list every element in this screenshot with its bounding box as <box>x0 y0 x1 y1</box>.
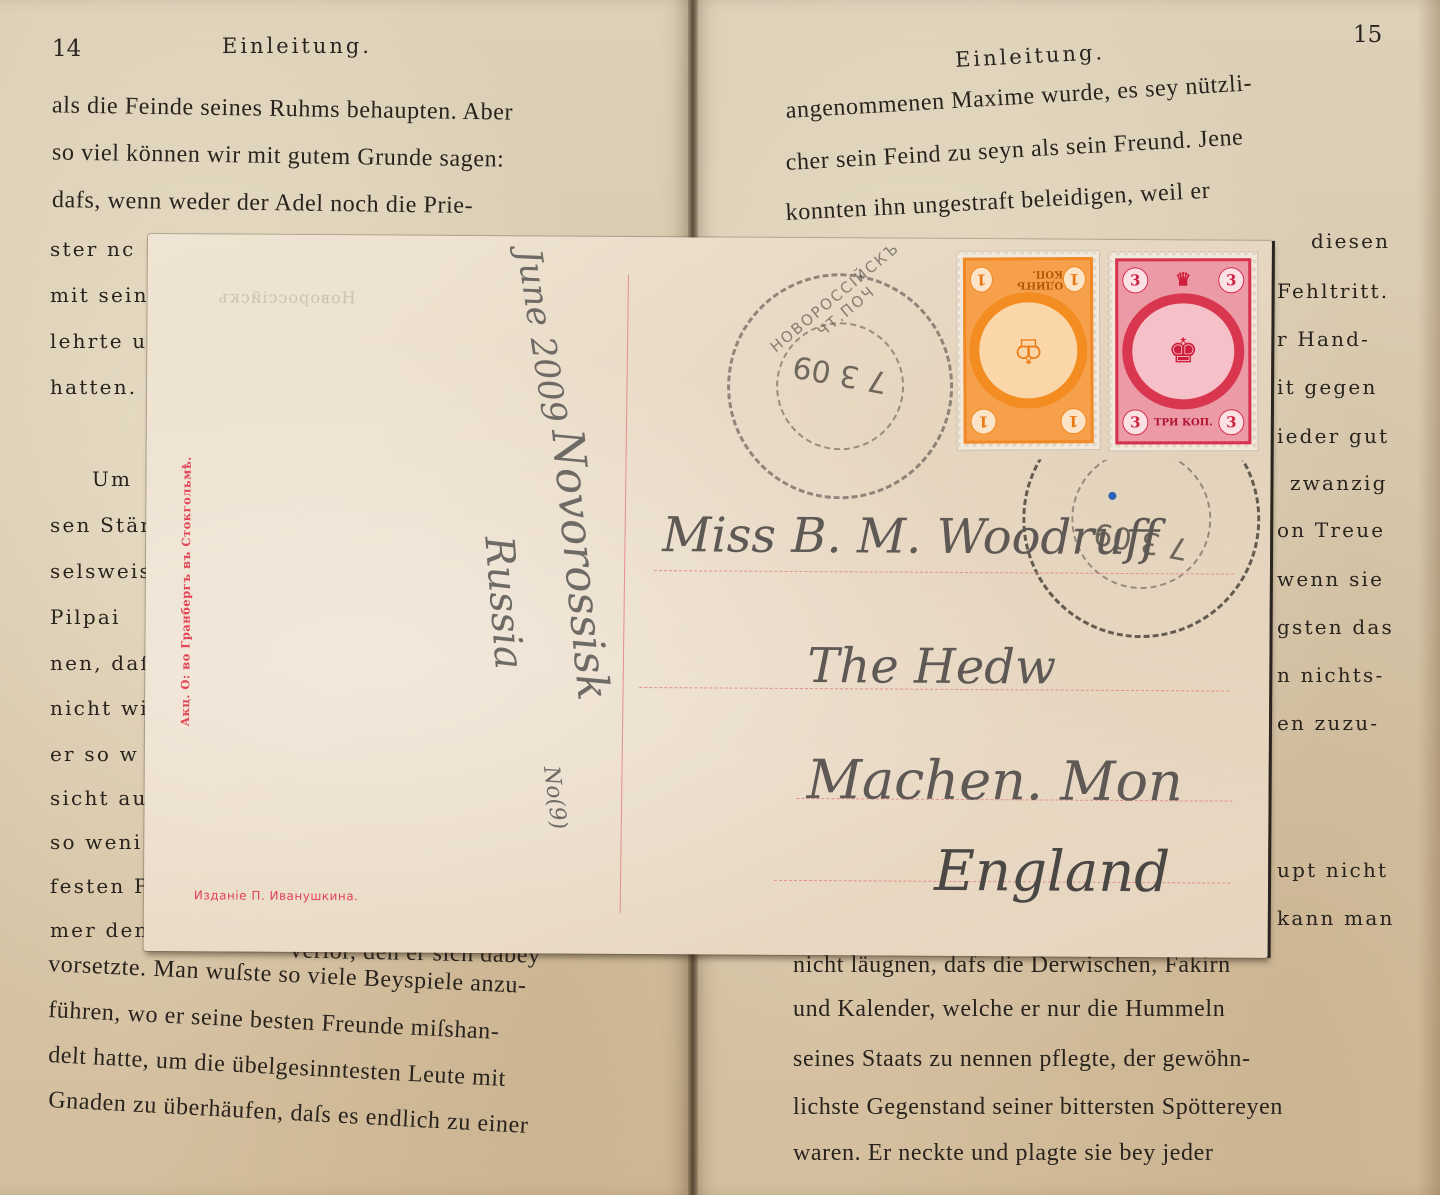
publisher-imprint: Изданіе П. Иванушкина. <box>194 888 359 903</box>
text-line: cher sein Feind zu seyn als sein Freund.… <box>785 124 1244 177</box>
text-line: wenn sie <box>1277 567 1384 591</box>
text-line: upt nicht <box>1277 858 1388 882</box>
stamp-face: 3 ♛ 3 ♚ 3 ТРИ КОП. 3 <box>1115 258 1251 444</box>
denomination-corner: 3 <box>1218 267 1244 293</box>
text-line: festen P <box>50 874 150 898</box>
denomination-corner: 3 <box>1122 267 1148 293</box>
text-line: er so w <box>50 742 139 766</box>
publisher-imprint-vertical: Акц. О: во Гранбергъ въ Стокгольмѣ. <box>178 411 194 771</box>
text-line: mit sein <box>50 283 149 307</box>
stamp-top-row: 1 ОДИНЪ КОП. 1 <box>970 266 1086 293</box>
stamp-oval: ♔ <box>969 292 1087 409</box>
stamp-bottom-row: 1 1 <box>971 408 1087 435</box>
page-number-left: 14 <box>52 36 81 62</box>
show-through-text: Новороссійскъ <box>218 287 356 307</box>
text-line: dafs, wenn weder der Adel noch die Prie- <box>52 187 474 220</box>
text-line: angenommenen Maxime wurde, es sey nützli… <box>785 70 1253 125</box>
handwritten-country: Russia <box>475 534 532 671</box>
stamp-top-row: 3 ♛ 3 <box>1122 267 1244 293</box>
text-line: Fehltritt. <box>1277 279 1389 303</box>
text-line: nen, daſ <box>50 651 150 675</box>
postcard-divider-line <box>620 275 629 913</box>
text-line: en zuzu- <box>1277 711 1379 735</box>
text-line: als die Feinde seines Ruhms behaupten. A… <box>52 92 513 126</box>
text-line: Pilpai <box>50 605 121 629</box>
text-line: seines Staats zu nennen pflegte, der gew… <box>793 1046 1251 1073</box>
stamp-bottom-row: 3 ТРИ КОП. 3 <box>1122 409 1244 435</box>
denomination-corner: 1 <box>970 267 993 293</box>
double-headed-eagle-icon: ♔ <box>1013 333 1044 367</box>
crown-icon: ♛ <box>1175 271 1191 289</box>
handwritten-date: June 2009 <box>508 246 574 425</box>
address-town: Machen. Mon <box>806 748 1183 813</box>
denomination-corner: 3 <box>1122 409 1148 435</box>
text-line: hatten. <box>50 375 137 399</box>
text-line: sen Stän <box>50 513 155 537</box>
page-edge <box>1418 0 1440 1195</box>
ink-dot <box>1108 492 1116 500</box>
text-line: konnten ihn ungestraft beleidigen, weil … <box>785 178 1211 227</box>
text-line: kann man <box>1277 906 1395 930</box>
stamp-oval: ♚ <box>1122 293 1245 409</box>
handwritten-city: Novorossisk <box>541 427 619 703</box>
text-line: mer den <box>50 918 150 942</box>
postmark-circle: НОВОРОССІЙСКЪ ЧТ.ПОЧ 7 3 09 <box>726 273 953 500</box>
stamp-face: 1 ОДИНЪ КОП. 1 ♔ 1 1 <box>963 257 1094 444</box>
text-line: selsweis <box>50 559 152 583</box>
text-line: waren. Er neckte und plagte sie bey jede… <box>793 1140 1213 1167</box>
denomination-corner: 3 <box>1218 409 1244 435</box>
text-line: on Treue <box>1277 518 1385 542</box>
text-line: Gnaden zu überhäufen, daſs es endlich zu… <box>48 1087 530 1140</box>
text-line: it gegen <box>1277 375 1378 399</box>
stamp-3-kopek: 3 ♛ 3 ♚ 3 ТРИ КОП. 3 <box>1109 252 1257 450</box>
text-line: gsten das <box>1277 615 1394 639</box>
running-head-right: Einleitung. <box>954 40 1105 72</box>
handwritten-number: No(9) <box>538 765 571 831</box>
page-number-right: 15 <box>1353 22 1382 48</box>
postcard: Новороссійскъ Акц. О: во Гранбергъ въ Ст… <box>144 234 1272 958</box>
text-line: r Hand- <box>1277 327 1370 351</box>
text-line: und Kalender, welche er nur die Hummeln <box>793 996 1225 1023</box>
text-line: lehrte u <box>50 329 147 353</box>
text-line: delt hatte, um die übelgesinntesten Leut… <box>48 1042 507 1093</box>
text-line: so viel können wir mit gutem Grunde sage… <box>52 139 505 173</box>
text-line: führen, wo er seine besten Freunde miſsh… <box>48 997 500 1046</box>
text-line: zwanzig <box>1290 471 1388 495</box>
double-headed-eagle-icon: ♚ <box>1168 334 1199 368</box>
denomination-corner: 1 <box>971 409 997 435</box>
stamp-caption: ОДИНЪ КОП. <box>993 268 1063 290</box>
photo-scene: 14 Einleitung. als die Feinde seines Ruh… <box>0 0 1440 1195</box>
text-line: sicht au <box>50 786 148 810</box>
text-line: n nichts- <box>1277 663 1384 687</box>
text-line: lichste Gegenstand seiner bittersten Spö… <box>793 1094 1283 1121</box>
stamp-1-kopek: 1 ОДИНЪ КОП. 1 ♔ 1 1 <box>957 251 1100 450</box>
stamp-caption: ТРИ КОП. <box>1154 417 1213 428</box>
text-line: so weni <box>50 830 142 854</box>
text-line: ster nc <box>50 237 136 261</box>
text-line: diesen <box>1311 229 1390 253</box>
address-recipient: Miss B. M. Woodruff <box>662 507 1159 566</box>
text-line: ieder gut <box>1277 424 1389 448</box>
denomination-corner: 1 <box>1063 266 1086 292</box>
address-house: The Hedw <box>807 638 1056 696</box>
address-country: England <box>934 839 1170 905</box>
running-head-left: Einleitung. <box>222 34 372 58</box>
denomination-corner: 1 <box>1061 408 1087 434</box>
text-line: nicht wi <box>50 696 149 720</box>
text-line: Um <box>92 467 132 491</box>
